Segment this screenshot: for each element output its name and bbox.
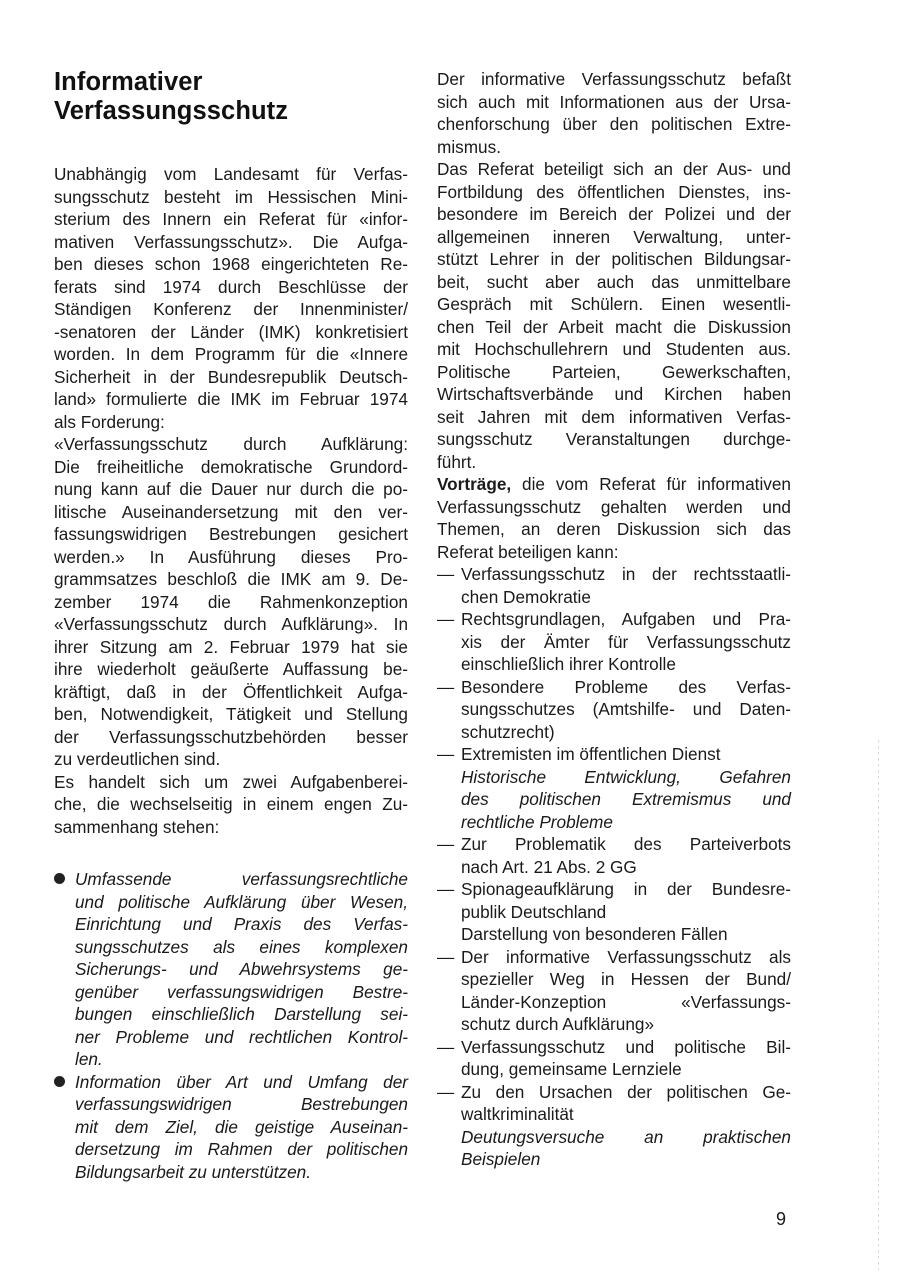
text-line: einschließlich ihrer Kontrolle xyxy=(461,653,791,676)
lecture-topic: —Verfassungsschutz in der rechtsstaatli-… xyxy=(437,563,791,608)
text-line: Rechtsgrundlagen, Aufgaben und Pra- xyxy=(461,608,791,631)
left-column-text: Unabhängig vom Landesamt für Verfas-sung… xyxy=(54,163,408,838)
text-line: werden.» In Ausführung dieses Pro- xyxy=(54,546,408,569)
text-line: rechtliche Probleme xyxy=(461,811,791,834)
text-line: genüber verfassungswidrigen Bestre- xyxy=(75,981,408,1004)
text-line: ferats sind 1974 durch Beschlüsse der xyxy=(54,276,408,299)
text-line: ihrer Sitzung am 2. Februar 1979 hat sie xyxy=(54,636,408,659)
text-line: sungsschutz Veranstaltungen durchge- xyxy=(437,428,791,451)
text-line: allgemeinen inneren Verwaltung, unter- xyxy=(437,226,791,249)
text-line: chen Teil der Arbeit macht die Diskussio… xyxy=(437,316,791,339)
text-line: dersetzung im Rahmen der politischen xyxy=(75,1138,408,1161)
lecture-topic: —Der informative Verfassungsschutz alssp… xyxy=(437,946,791,1036)
text-line: Sicherungs- und Abwehrsystems ge- xyxy=(75,958,408,981)
text-line: als Forderung: xyxy=(54,411,408,434)
text-line: xis der Ämter für Verfassungsschutz xyxy=(461,631,791,654)
objective-item: Umfassende verfassungsrechtlicheund poli… xyxy=(54,868,408,1071)
text-line: Historische Entwicklung, Gefahren xyxy=(461,766,791,789)
lecture-topic: —Zu den Ursachen der politischen Ge-walt… xyxy=(437,1081,791,1171)
text-line: Verfassungsschutz in der rechtsstaatli- xyxy=(461,563,791,586)
text-line: Verfassungsschutz gehalten werden und xyxy=(437,496,791,519)
text-line: Referat beteiligen kann: xyxy=(437,541,791,564)
text-line: publik Deutschland xyxy=(461,901,791,924)
text-line: ner Probleme und rechtlichen Kontrol- xyxy=(75,1026,408,1049)
scan-edge-artifact xyxy=(878,740,879,1270)
text-line: Politische Parteien, Gewerkschaften, xyxy=(437,361,791,384)
objective-item: Information über Art und Umfang derverfa… xyxy=(54,1071,408,1184)
text-line: Beispielen xyxy=(461,1148,791,1171)
text-line: chenforschung über den politischen Extre… xyxy=(437,113,791,136)
dash-bullet-icon: — xyxy=(437,608,457,631)
text-line: land» formulierte die IMK im Februar 197… xyxy=(54,388,408,411)
text-line: che, die wechselseitig in einem engen Zu… xyxy=(54,793,408,816)
dash-bullet-icon: — xyxy=(437,833,457,856)
text-line: sammenhang stehen: xyxy=(54,816,408,839)
text-line: Der informative Verfassungsschutz als xyxy=(461,946,791,969)
text-line: zu verdeutlichen sind. xyxy=(54,748,408,771)
text-line: waltkriminalität xyxy=(461,1103,791,1126)
right-intro-paragraphs: Der informative Verfassungsschutz befaßt… xyxy=(437,68,791,473)
text-line: Gespräch mit Schülern. Einen wesentli- xyxy=(437,293,791,316)
text-line: -senatoren der Länder (IMK) konkretisier… xyxy=(54,321,408,344)
text-line: sungsschutzes (Amtshilfe- und Daten- xyxy=(461,698,791,721)
text-line: kräftigt, daß in der Öffentlichkeit Aufg… xyxy=(54,681,408,704)
text-line: Umfassende verfassungsrechtliche xyxy=(75,868,408,891)
text-line: Deutungsversuche an praktischen xyxy=(461,1126,791,1149)
text-line: mit Hochschullehrern und Studenten aus. xyxy=(437,338,791,361)
right-column-text: Der informative Verfassungsschutz befaßt… xyxy=(437,68,791,1171)
text-line: zember 1974 die Rahmenkonzeption xyxy=(54,591,408,614)
text-line: Wirtschaftsverbände und Kirchen haben xyxy=(437,383,791,406)
title-line: Verfassungsschutz xyxy=(54,97,414,126)
text-line: beit, sucht aber auch das unmittelbare xyxy=(437,271,791,294)
lecture-topic: —Rechtsgrundlagen, Aufgaben und Pra-xis … xyxy=(437,608,791,676)
text-line: Einrichtung und Praxis des Verfas- xyxy=(75,913,408,936)
text-line: und politische Aufklärung über Wesen, xyxy=(75,891,408,914)
text-line: Zu den Ursachen der politischen Ge- xyxy=(461,1081,791,1104)
text-line: Sicherheit in der Bundesrepublik Deutsch… xyxy=(54,366,408,389)
text-line: worden. In dem Programm für die «Innere xyxy=(54,343,408,366)
text-line: bungen einschließlich Darstellung sei- xyxy=(75,1003,408,1026)
lectures-first-line: Vorträge, die vom Referat für informativ… xyxy=(437,473,791,496)
text-line: len. xyxy=(75,1048,408,1071)
text-line: Das Referat beteiligt sich an der Aus- u… xyxy=(437,158,791,181)
text-line: der Verfassungsschutzbehörden besser xyxy=(54,726,408,749)
dash-bullet-icon: — xyxy=(437,1036,457,1059)
text-line: Darstellung von besonderen Fällen xyxy=(461,923,791,946)
text-line: Information über Art und Umfang der xyxy=(75,1071,408,1094)
text-line: Fortbildung des öffentlichen Dienstes, i… xyxy=(437,181,791,204)
text-line: chen Demokratie xyxy=(461,586,791,609)
text-line: Besondere Probleme des Verfas- xyxy=(461,676,791,699)
dash-bullet-icon: — xyxy=(437,946,457,969)
lecture-topic: —Extremisten im öffentlichen DienstHisto… xyxy=(437,743,791,833)
text-line: sich auch mit Informationen aus der Ursa… xyxy=(437,91,791,114)
title-line: Informativer xyxy=(54,68,414,97)
text-line: Themen, an deren Diskussion sich das xyxy=(437,518,791,541)
text-line: schutz durch Aufklärung» xyxy=(461,1013,791,1036)
lecture-topic: —Verfassungsschutz und politische Bil-du… xyxy=(437,1036,791,1081)
text-line: Der informative Verfassungsschutz befaßt xyxy=(437,68,791,91)
text-line: mismus. xyxy=(437,136,791,159)
text-line: schutzrecht) xyxy=(461,721,791,744)
page-number: 9 xyxy=(776,1209,786,1230)
text-line: fassungswidrigen Bestrebungen gesichert xyxy=(54,523,408,546)
text-line: Extremisten im öffentlichen Dienst xyxy=(461,743,791,766)
text-line: nung kann auf die Dauer nur durch die po… xyxy=(54,478,408,501)
bullet-icon xyxy=(54,873,65,884)
dash-bullet-icon: — xyxy=(437,676,457,699)
text-line: spezieller Weg in Hessen der Bund/ xyxy=(461,968,791,991)
dash-bullet-icon: — xyxy=(437,878,457,901)
text-line: führt. xyxy=(437,451,791,474)
text-line: Ständigen Konferenz der Innenminister/ xyxy=(54,298,408,321)
bullet-icon xyxy=(54,1076,65,1087)
text-line: verfassungswidrigen Bestrebungen xyxy=(75,1093,408,1116)
dash-bullet-icon: — xyxy=(437,563,457,586)
text-line: mit dem Ziel, die geistige Auseinan- xyxy=(75,1116,408,1139)
text-line: sterium des Innern ein Referat für «info… xyxy=(54,208,408,231)
text-line: Verfassungsschutz und politische Bil- xyxy=(461,1036,791,1059)
dash-bullet-icon: — xyxy=(437,1081,457,1104)
text-line: Es handelt sich um zwei Aufgabenberei- xyxy=(54,771,408,794)
text-line: stützt Lehrer in der politischen Bildung… xyxy=(437,248,791,271)
text-line: dung, gemeinsame Lernziele xyxy=(461,1058,791,1081)
lecture-topics-list: —Verfassungsschutz in der rechtsstaatli-… xyxy=(437,563,791,1171)
text-line: grammsatzes beschloß die IMK am 9. De- xyxy=(54,568,408,591)
text-line: sungsschutz besteht im Hessischen Mini- xyxy=(54,186,408,209)
text-line: ben dieses schon 1968 eingerichteten Re- xyxy=(54,253,408,276)
dash-bullet-icon: — xyxy=(437,743,457,766)
text-line: litische Auseinandersetzung mit den ver- xyxy=(54,501,408,524)
text-line: sungsschutzes als eines komplexen xyxy=(75,936,408,959)
text-line: ben, Notwendigkeit, Tätigkeit und Stellu… xyxy=(54,703,408,726)
text-line: Bildungsarbeit zu unterstützen. xyxy=(75,1161,408,1184)
lectures-paragraph: Vorträge, die vom Referat für informativ… xyxy=(437,473,791,563)
text-line: Zur Problematik des Parteiverbots xyxy=(461,833,791,856)
text-line: Länder-Konzeption «Verfassungs- xyxy=(461,991,791,1014)
lecture-topic: —Besondere Probleme des Verfas-sungsschu… xyxy=(437,676,791,744)
text-line: nach Art. 21 Abs. 2 GG xyxy=(461,856,791,879)
lectures-heading: Vorträge, xyxy=(437,474,511,494)
text-line: mativen Verfassungsschutz». Die Aufga- xyxy=(54,231,408,254)
text-line: Die freiheitliche demokratische Grundord… xyxy=(54,456,408,479)
text-line: seit Jahren mit dem informativen Verfas- xyxy=(437,406,791,429)
text-line: Unabhängig vom Landesamt für Verfas- xyxy=(54,163,408,186)
text-line: Spionageaufklärung in der Bundesre- xyxy=(461,878,791,901)
lecture-topic: —Spionageaufklärung in der Bundesre-publ… xyxy=(437,878,791,946)
text-line: «Verfassungsschutz durch Aufklärung: xyxy=(54,433,408,456)
text-line: «Verfassungsschutz durch Aufklärung». In xyxy=(54,613,408,636)
text-line: besondere im Bereich der Polizei und der xyxy=(437,203,791,226)
lecture-topic: —Zur Problematik des Parteiverbotsnach A… xyxy=(437,833,791,878)
objectives-list: Umfassende verfassungsrechtlicheund poli… xyxy=(54,868,408,1183)
text-line: ihre wiederholt geäußerte Auffassung be- xyxy=(54,658,408,681)
text-line: des politischen Extremismus und xyxy=(461,788,791,811)
page-title: Informativer Verfassungsschutz xyxy=(54,68,414,126)
